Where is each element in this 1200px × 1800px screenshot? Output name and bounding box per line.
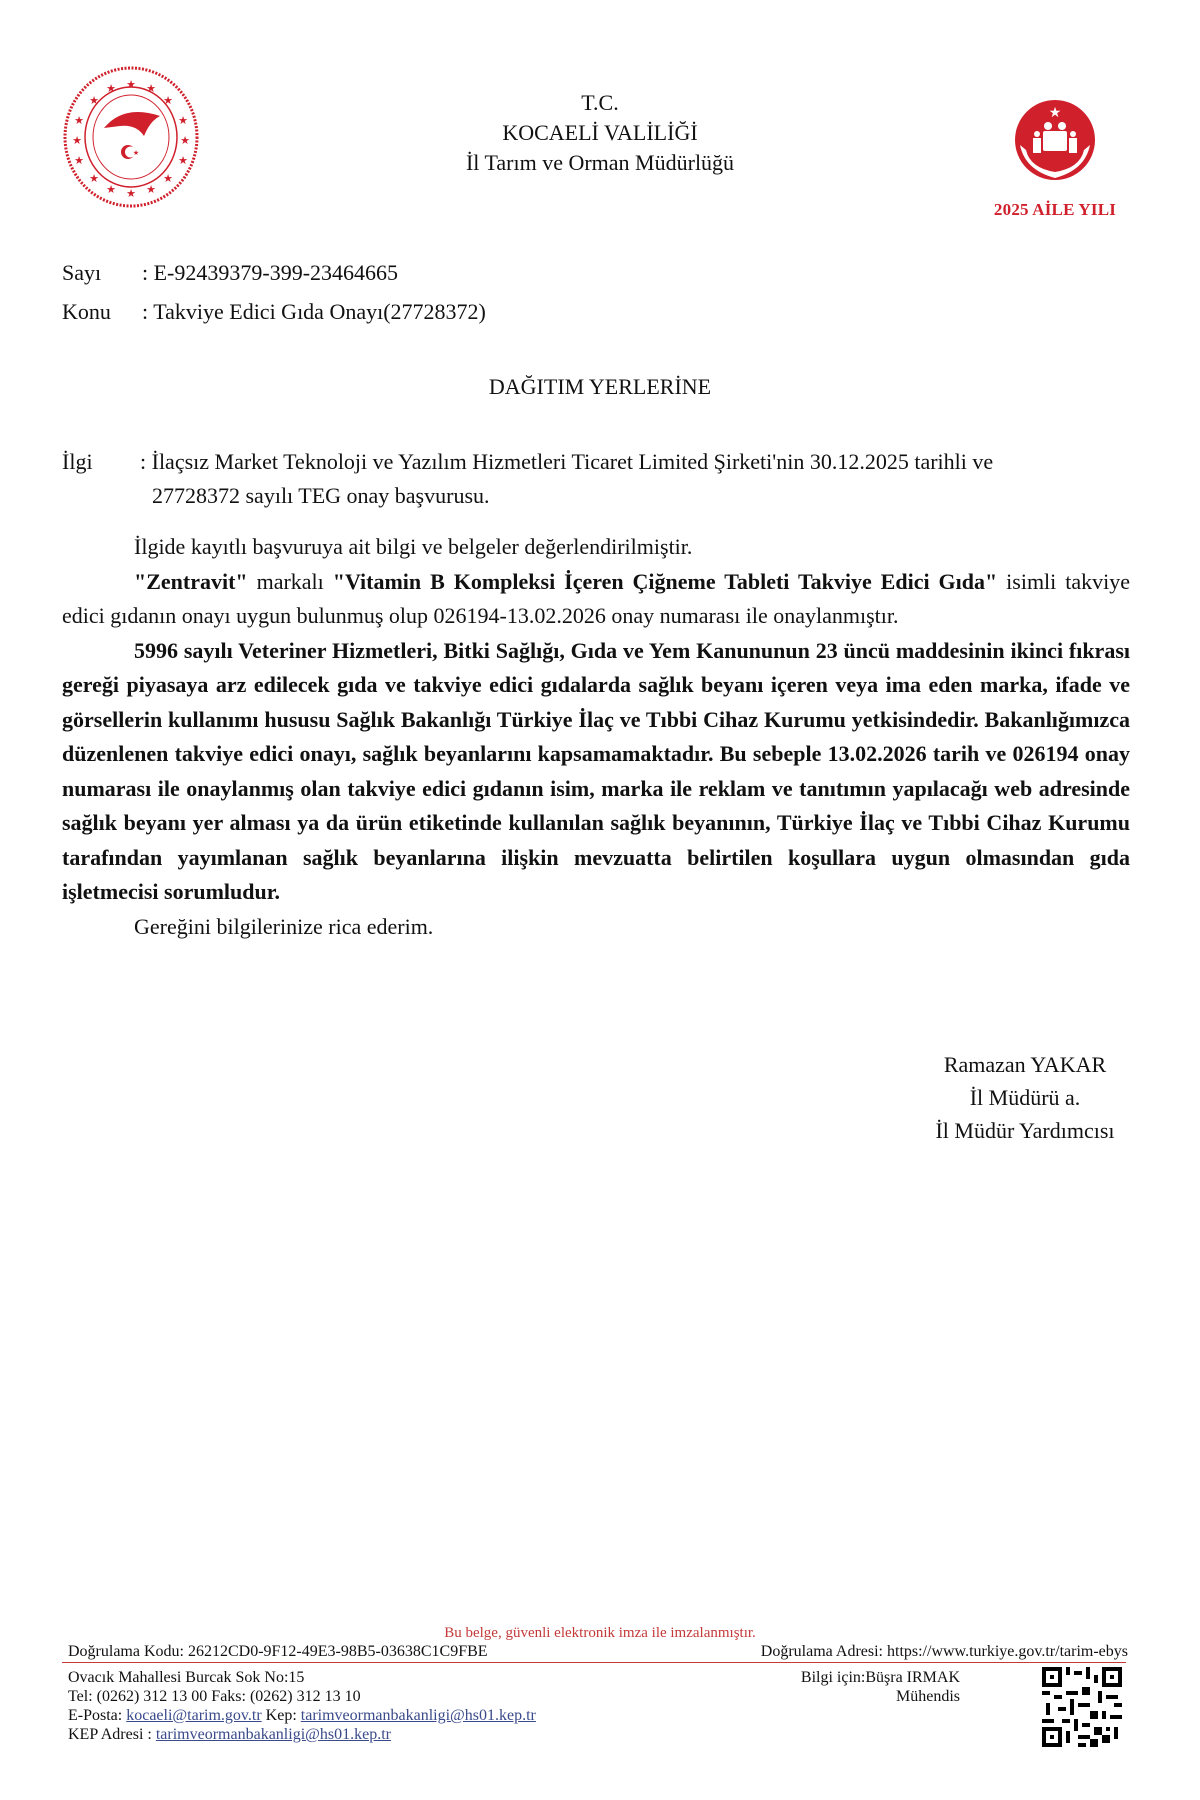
svg-text:★: ★ [1049, 106, 1062, 121]
kep-address-line: KEP Adresi : tarimveormanbakanligi@hs01.… [68, 1725, 536, 1744]
signatory-title-2: İl Müdür Yardımcısı [900, 1114, 1150, 1147]
kep-label: Kep: [262, 1707, 301, 1724]
ministry-seal-icon: ★ ★ ★ ★ ★ ★ ★ ★ ★ ★ ★ ★ ★ ★ ★ ★ ★ [62, 66, 200, 208]
paragraph-legal-notice: 5996 sayılı Veteriner Hizmetleri, Bitki … [62, 634, 1130, 910]
footer-divider [62, 1662, 1126, 1663]
svg-text:★: ★ [146, 83, 156, 95]
svg-text:★: ★ [74, 155, 84, 167]
paragraph-closing: Gereğini bilgilerinize rica ederim. [62, 910, 1130, 945]
sayi-value: : E-92439379-399-23464665 [142, 260, 398, 285]
phone-fax: Tel: (0262) 312 13 00 Faks: (0262) 312 1… [68, 1687, 536, 1706]
svg-text:★: ★ [163, 95, 173, 107]
ilgi-line-2: 27728372 sayılı TEG onay başvurusu. [140, 479, 1132, 513]
contact-name: Bilgi için:Büşra IRMAK [801, 1668, 960, 1687]
email-line: E-Posta: kocaeli@tarim.gov.tr Kep: tarim… [68, 1706, 536, 1725]
header-line-directorate: İl Tarım ve Orman Müdürlüğü [300, 148, 900, 178]
kep-link[interactable]: tarimveormanbakanligi@hs01.kep.tr [301, 1707, 536, 1724]
svg-text:★: ★ [106, 83, 116, 95]
konu-label: Konu [62, 299, 142, 325]
reference-block: İlgi : İlaçsız Market Teknoloji ve Yazıl… [62, 445, 1132, 513]
svg-text:★: ★ [180, 135, 190, 147]
svg-text:★: ★ [146, 184, 156, 196]
letter-body: İlgide kayıtlı başvuruya ait bilgi ve be… [62, 530, 1130, 944]
signature-block: Ramazan YAKAR İl Müdürü a. İl Müdür Yard… [900, 1048, 1150, 1147]
svg-text:★: ★ [178, 155, 188, 167]
kep-address-label: KEP Adresi : [68, 1726, 156, 1743]
letterhead-title: T.C. KOCAELİ VALİLİĞİ İl Tarım ve Orman … [300, 88, 900, 178]
signatory-title-1: İl Müdürü a. [900, 1081, 1150, 1114]
document-subject: Konu: Takviye Edici Gıda Onayı(27728372) [62, 299, 486, 325]
email-label: E-Posta: [68, 1707, 126, 1724]
svg-text:★: ★ [133, 149, 139, 157]
ilgi-line-1: : İlaçsız Market Teknoloji ve Yazılım Hi… [140, 449, 993, 474]
svg-text:★: ★ [126, 79, 136, 91]
qr-code-icon [1042, 1666, 1122, 1748]
konu-value: : Takviye Edici Gıda Onayı(27728372) [142, 299, 486, 324]
kep-address-link[interactable]: tarimveormanbakanligi@hs01.kep.tr [156, 1726, 391, 1743]
contact-title: Mühendis [801, 1687, 960, 1706]
header-line-tc: T.C. [300, 88, 900, 118]
verification-address: Doğrulama Adresi: https://www.turkiye.go… [761, 1643, 1128, 1661]
street-address: Ovacık Mahallesi Burcak Sok No:15 [68, 1668, 536, 1687]
family-year-logo-icon: ★ 2025 AİLE YILI [980, 60, 1130, 220]
product-name: "Vitamin B Kompleksi İçeren Çiğneme Tabl… [333, 569, 997, 594]
svg-text:★: ★ [106, 184, 116, 196]
header-line-governorship: KOCAELİ VALİLİĞİ [300, 118, 900, 148]
contact-person: Bilgi için:Büşra IRMAK Mühendis [801, 1668, 960, 1706]
e-signature-note: Bu belge, güvenli elektronik imza ile im… [300, 1625, 900, 1642]
svg-text:★: ★ [178, 115, 188, 127]
svg-text:★: ★ [74, 115, 84, 127]
svg-text:★: ★ [89, 95, 99, 107]
paragraph-approval-mid: markalı [248, 569, 333, 594]
svg-text:★: ★ [89, 173, 99, 185]
footer-address-block: Ovacık Mahallesi Burcak Sok No:15 Tel: (… [68, 1668, 536, 1744]
paragraph-approval: "Zentravit" markalı "Vitamin B Kompleksi… [62, 565, 1130, 634]
paragraph-evaluation: İlgide kayıtlı başvuruya ait bilgi ve be… [62, 530, 1130, 565]
distribution-heading: DAĞITIM YERLERİNE [300, 374, 900, 400]
email-link[interactable]: kocaeli@tarim.gov.tr [126, 1707, 261, 1724]
family-year-label: 2025 AİLE YILI [980, 200, 1130, 220]
svg-text:★: ★ [72, 135, 82, 147]
ilgi-label: İlgi [62, 445, 140, 479]
signatory-name: Ramazan YAKAR [900, 1048, 1150, 1081]
document-number: Sayı: E-92439379-399-23464665 [62, 260, 398, 286]
sayi-label: Sayı [62, 260, 142, 286]
verification-code: Doğrulama Kodu: 26212CD0-9F12-49E3-98B5-… [68, 1643, 488, 1661]
brand-name: "Zentravit" [134, 569, 248, 594]
svg-text:★: ★ [163, 173, 173, 185]
svg-text:★: ★ [126, 188, 136, 200]
